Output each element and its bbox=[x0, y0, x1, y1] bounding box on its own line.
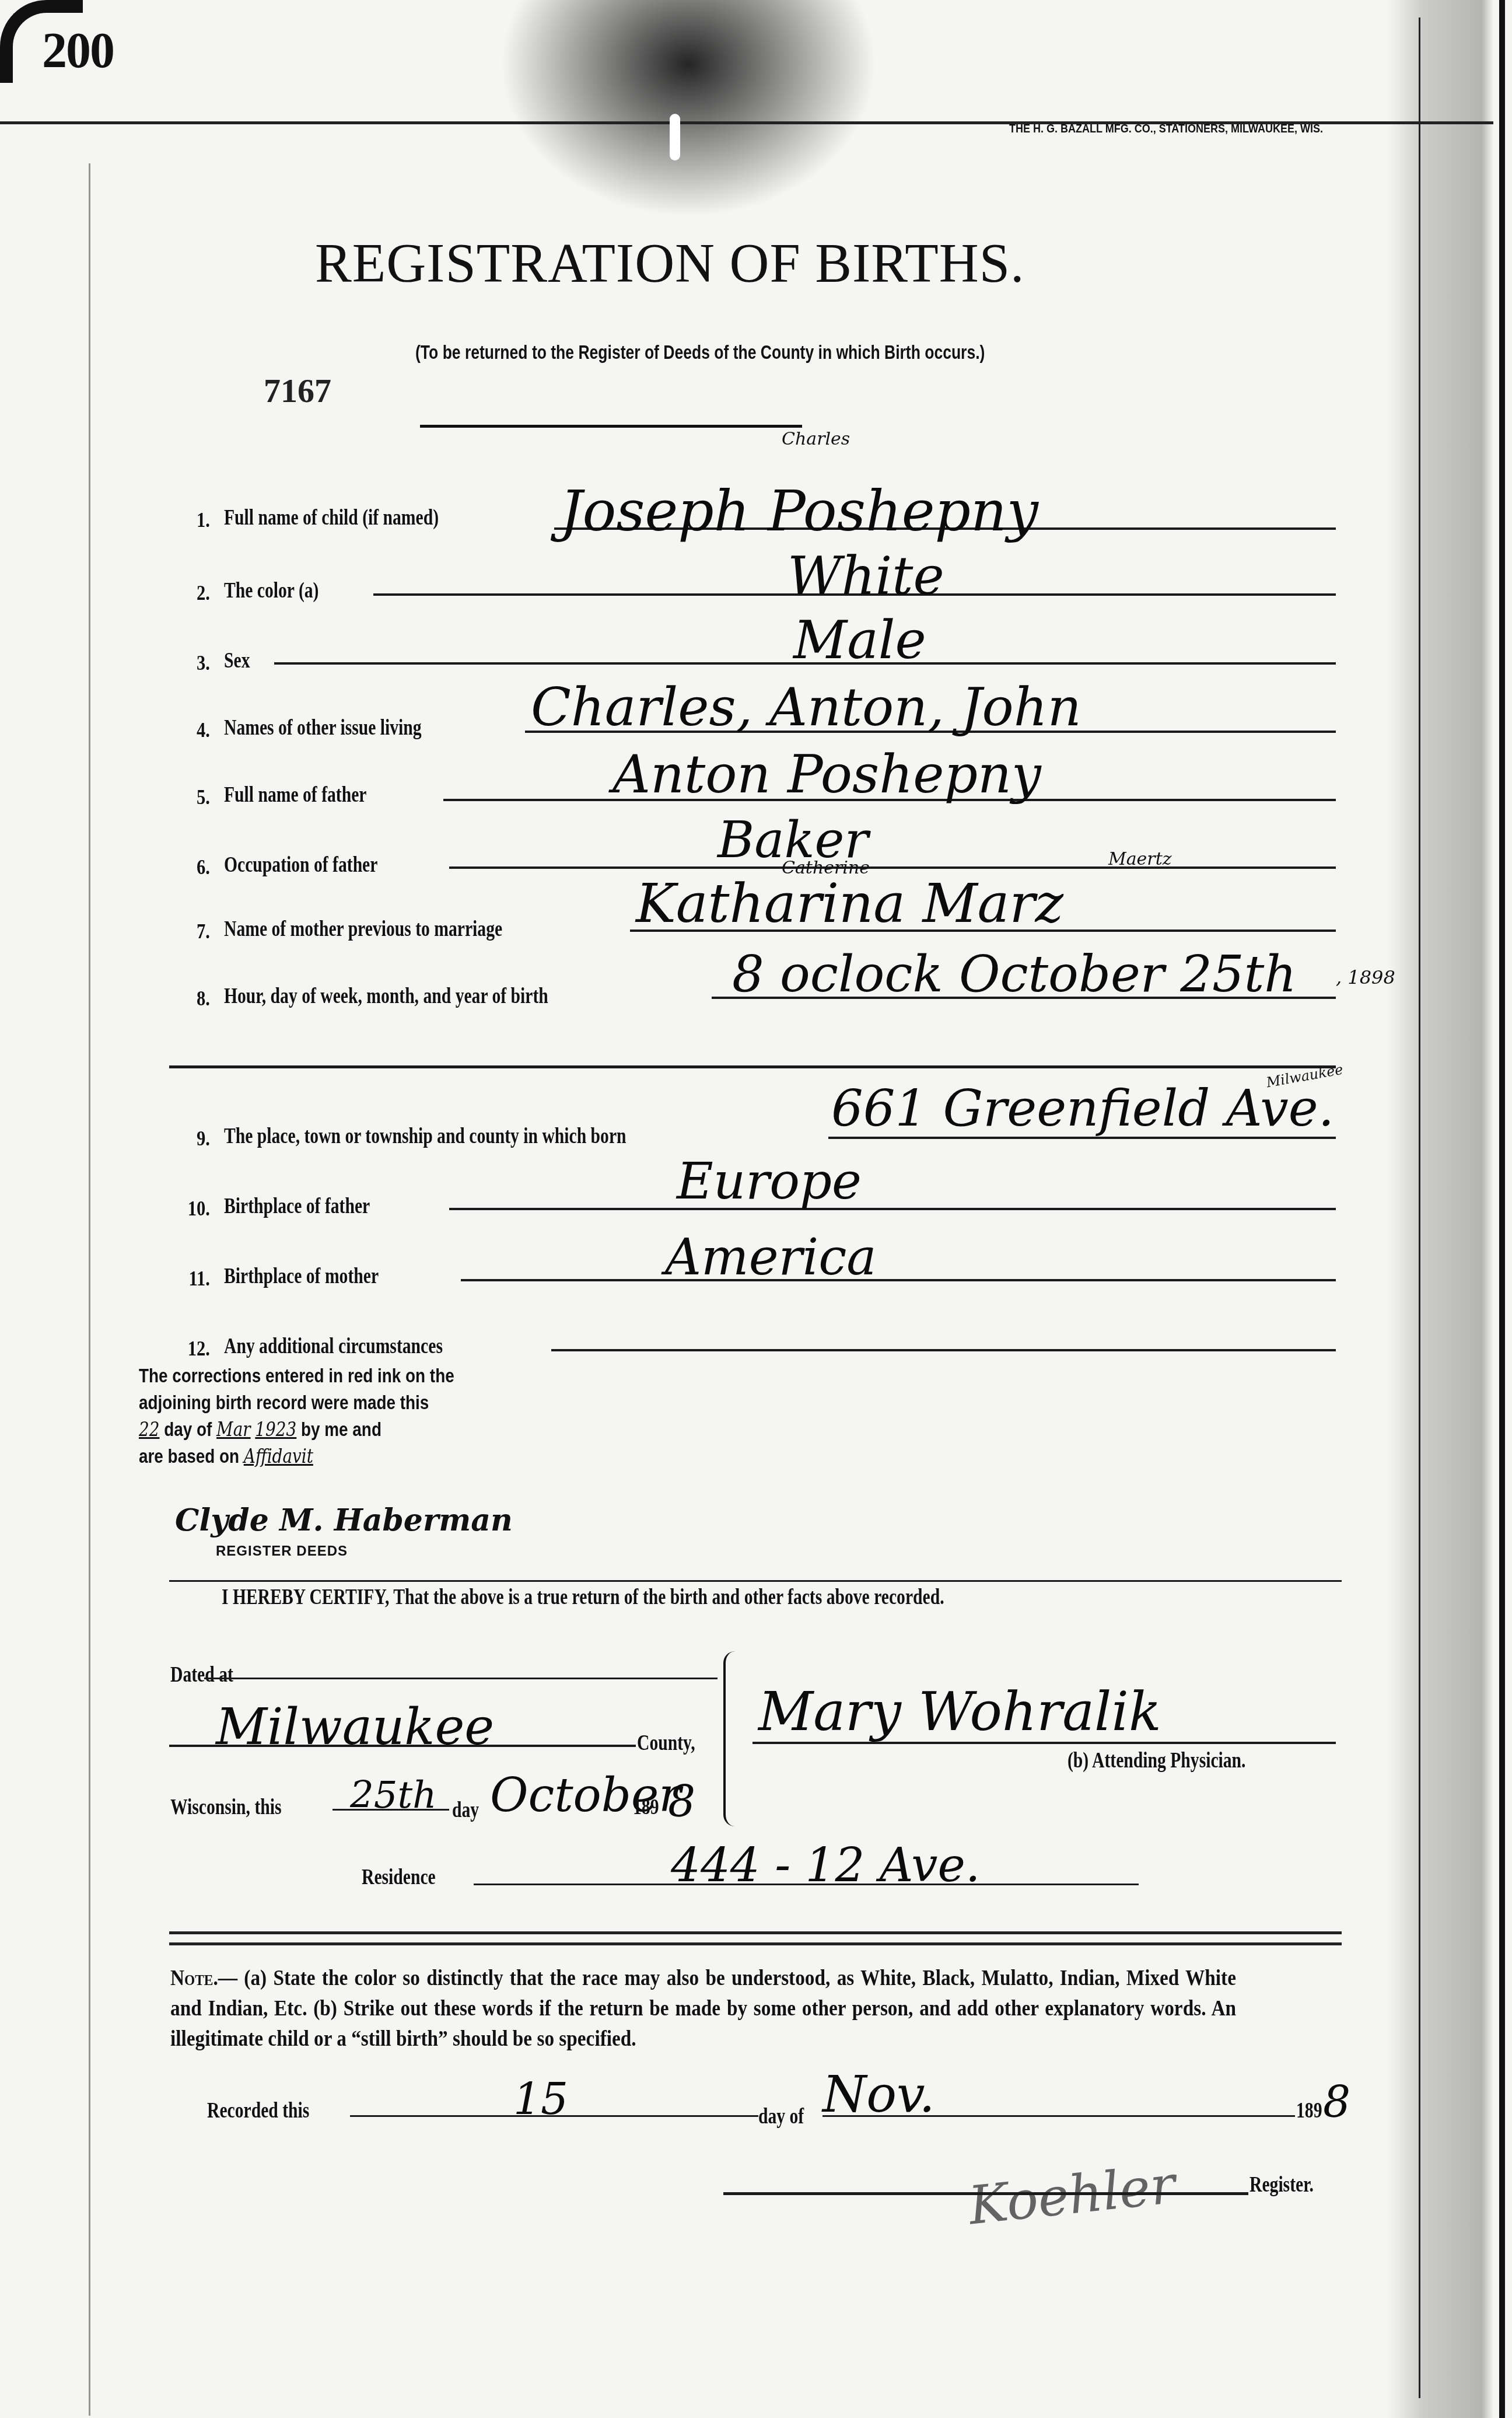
correction-basis-line: are based on Affidavit bbox=[139, 1443, 454, 1470]
correction-stamp: The corrections entered in red ink on th… bbox=[139, 1362, 454, 1470]
dated-at-line bbox=[204, 1678, 717, 1679]
field-label: Occupation of father bbox=[224, 852, 377, 878]
register-signature: Koehler bbox=[965, 2154, 1178, 2237]
certification-year-suffix: 8 bbox=[668, 1777, 695, 1827]
correction-basis: Affidavit bbox=[244, 1445, 313, 1468]
right-margin-rule bbox=[1419, 18, 1420, 2398]
recorded-this-label: Recorded this bbox=[207, 2098, 309, 2123]
color-value: White bbox=[787, 546, 944, 607]
physician-label: (b) Attending Physician. bbox=[1067, 1748, 1246, 1773]
note-text: — (a) State the color so distinctly that… bbox=[170, 1966, 1236, 2051]
correction-month: Mar bbox=[216, 1418, 251, 1441]
physician-line bbox=[752, 1742, 1336, 1744]
field-label: The place, town or township and county i… bbox=[224, 1123, 626, 1149]
field-number: 9. bbox=[180, 1126, 210, 1151]
physician-signature: Mary Wohralik bbox=[758, 1680, 1161, 1743]
day-line bbox=[332, 1809, 449, 1811]
left-margin-rule bbox=[89, 163, 90, 2416]
field-line bbox=[449, 1208, 1336, 1210]
field-label: Full name of child (if named) bbox=[224, 505, 439, 530]
field-line bbox=[551, 1349, 1336, 1351]
field-number: 10. bbox=[180, 1196, 210, 1221]
correction-year: 1923 bbox=[255, 1418, 296, 1441]
field-line bbox=[449, 866, 1336, 869]
field-number: 3. bbox=[180, 651, 210, 675]
separator-rule bbox=[420, 425, 802, 428]
child-name-correction: Charles bbox=[782, 429, 850, 449]
document-page: 200 THE H. G. BAZALL MFG. CO., STATIONER… bbox=[0, 0, 1512, 2418]
certify-rule bbox=[169, 1580, 1342, 1582]
correction-day-of-label: day of bbox=[164, 1418, 212, 1441]
correction-based-on-label: are based on bbox=[139, 1445, 239, 1467]
birth-year-correction: , 1898 bbox=[1336, 966, 1395, 988]
register-label: Register. bbox=[1249, 2172, 1314, 2197]
form-note: Note.— (a) State the color so distinctly… bbox=[170, 1963, 1236, 2054]
birth-time-value: 8 oclock October 25th bbox=[732, 945, 1297, 1004]
dated-at-label: Dated at bbox=[170, 1662, 233, 1687]
field-label: Names of other issue living bbox=[224, 715, 422, 740]
mother-birthplace-value: America bbox=[665, 1228, 877, 1287]
field-number: 12. bbox=[180, 1336, 210, 1361]
field-number: 5. bbox=[180, 785, 210, 809]
correction-date-line: 22 day of Mar 1923 by me and bbox=[139, 1416, 454, 1443]
county-value: Milwaukee bbox=[216, 1698, 494, 1756]
field-number: 2. bbox=[180, 581, 210, 605]
father-birthplace-value: Europe bbox=[677, 1152, 862, 1211]
register-deeds-signature: Clyde M. Haberman bbox=[175, 1502, 513, 1538]
father-name-value: Anton Poshepny bbox=[612, 744, 1041, 805]
wisconsin-this-label: Wisconsin, this bbox=[170, 1794, 282, 1820]
field-line bbox=[461, 1279, 1336, 1281]
page-title: REGISTRATION OF BIRTHS. bbox=[315, 230, 1025, 295]
correction-line-1: The corrections entered in red ink on th… bbox=[139, 1362, 454, 1389]
field-number: 1. bbox=[180, 508, 210, 532]
recorded-year-prefix: 189 bbox=[1296, 2098, 1322, 2123]
correction-by-me-label: by me and bbox=[301, 1418, 381, 1441]
correction-day: 22 bbox=[139, 1418, 159, 1441]
field-number: 7. bbox=[180, 919, 210, 944]
register-line bbox=[723, 2192, 1248, 2195]
registration-number: 7167 bbox=[264, 371, 331, 410]
register-deeds-title: REGISTER DEEDS bbox=[216, 1543, 348, 1560]
field-label: The color (a) bbox=[224, 578, 318, 603]
recorded-day-value: 15 bbox=[513, 2074, 568, 2125]
county-label: County, bbox=[637, 1730, 695, 1756]
other-issue-value: Charles, Anton, John bbox=[531, 677, 1081, 738]
field-label: Birthplace of mother bbox=[224, 1263, 379, 1289]
section-rule bbox=[169, 1065, 1336, 1068]
binding-edge bbox=[1499, 0, 1505, 2418]
field-label: Sex bbox=[224, 648, 250, 673]
note-heading: Note. bbox=[170, 1966, 218, 1990]
birth-place-value: 661 Greenfield Ave. bbox=[831, 1079, 1334, 1138]
mother-name-value: Katharina Marz bbox=[636, 872, 1063, 935]
field-number: 8. bbox=[180, 986, 210, 1011]
certification-year-prefix: 189 bbox=[633, 1794, 659, 1820]
residence-value: 444 - 12 Ave. bbox=[671, 1838, 980, 1892]
recorded-month-line bbox=[822, 2115, 1295, 2117]
correction-line-2: adjoining birth record were made this bbox=[139, 1389, 454, 1416]
field-number: 6. bbox=[180, 855, 210, 879]
double-rule bbox=[169, 1931, 1342, 1945]
field-label: Hour, day of week, month, and year of bi… bbox=[224, 983, 548, 1009]
field-number: 4. bbox=[180, 718, 210, 742]
paper-tear bbox=[670, 114, 680, 160]
page-number: 200 bbox=[42, 21, 114, 79]
field-label: Name of mother previous to marriage bbox=[224, 916, 502, 942]
mother-surname-correction: Maertz bbox=[1108, 849, 1172, 869]
recorded-year-suffix: 8 bbox=[1323, 2077, 1350, 2127]
field-label: Any additional circumstances bbox=[224, 1333, 443, 1359]
printer-imprint: THE H. G. BAZALL MFG. CO., STATIONERS, M… bbox=[1009, 123, 1323, 136]
field-number: 11. bbox=[180, 1266, 210, 1291]
residence-label: Residence bbox=[362, 1864, 436, 1890]
page-subtitle: (To be returned to the Register of Deeds… bbox=[415, 341, 985, 364]
day-label: day bbox=[452, 1797, 479, 1823]
signature-brace bbox=[723, 1651, 737, 1826]
recorded-day-of-label: day of bbox=[758, 2103, 804, 2129]
field-label: Full name of father bbox=[224, 782, 366, 808]
field-label: Birthplace of father bbox=[224, 1193, 370, 1219]
mother-first-name-correction: Catherine bbox=[782, 858, 870, 878]
sex-value: Male bbox=[793, 610, 926, 671]
child-name-value: Joseph Poshepny bbox=[560, 478, 1038, 544]
certification-statement: I HEREBY CERTIFY, That the above is a tr… bbox=[222, 1584, 944, 1610]
county-line bbox=[169, 1745, 636, 1747]
